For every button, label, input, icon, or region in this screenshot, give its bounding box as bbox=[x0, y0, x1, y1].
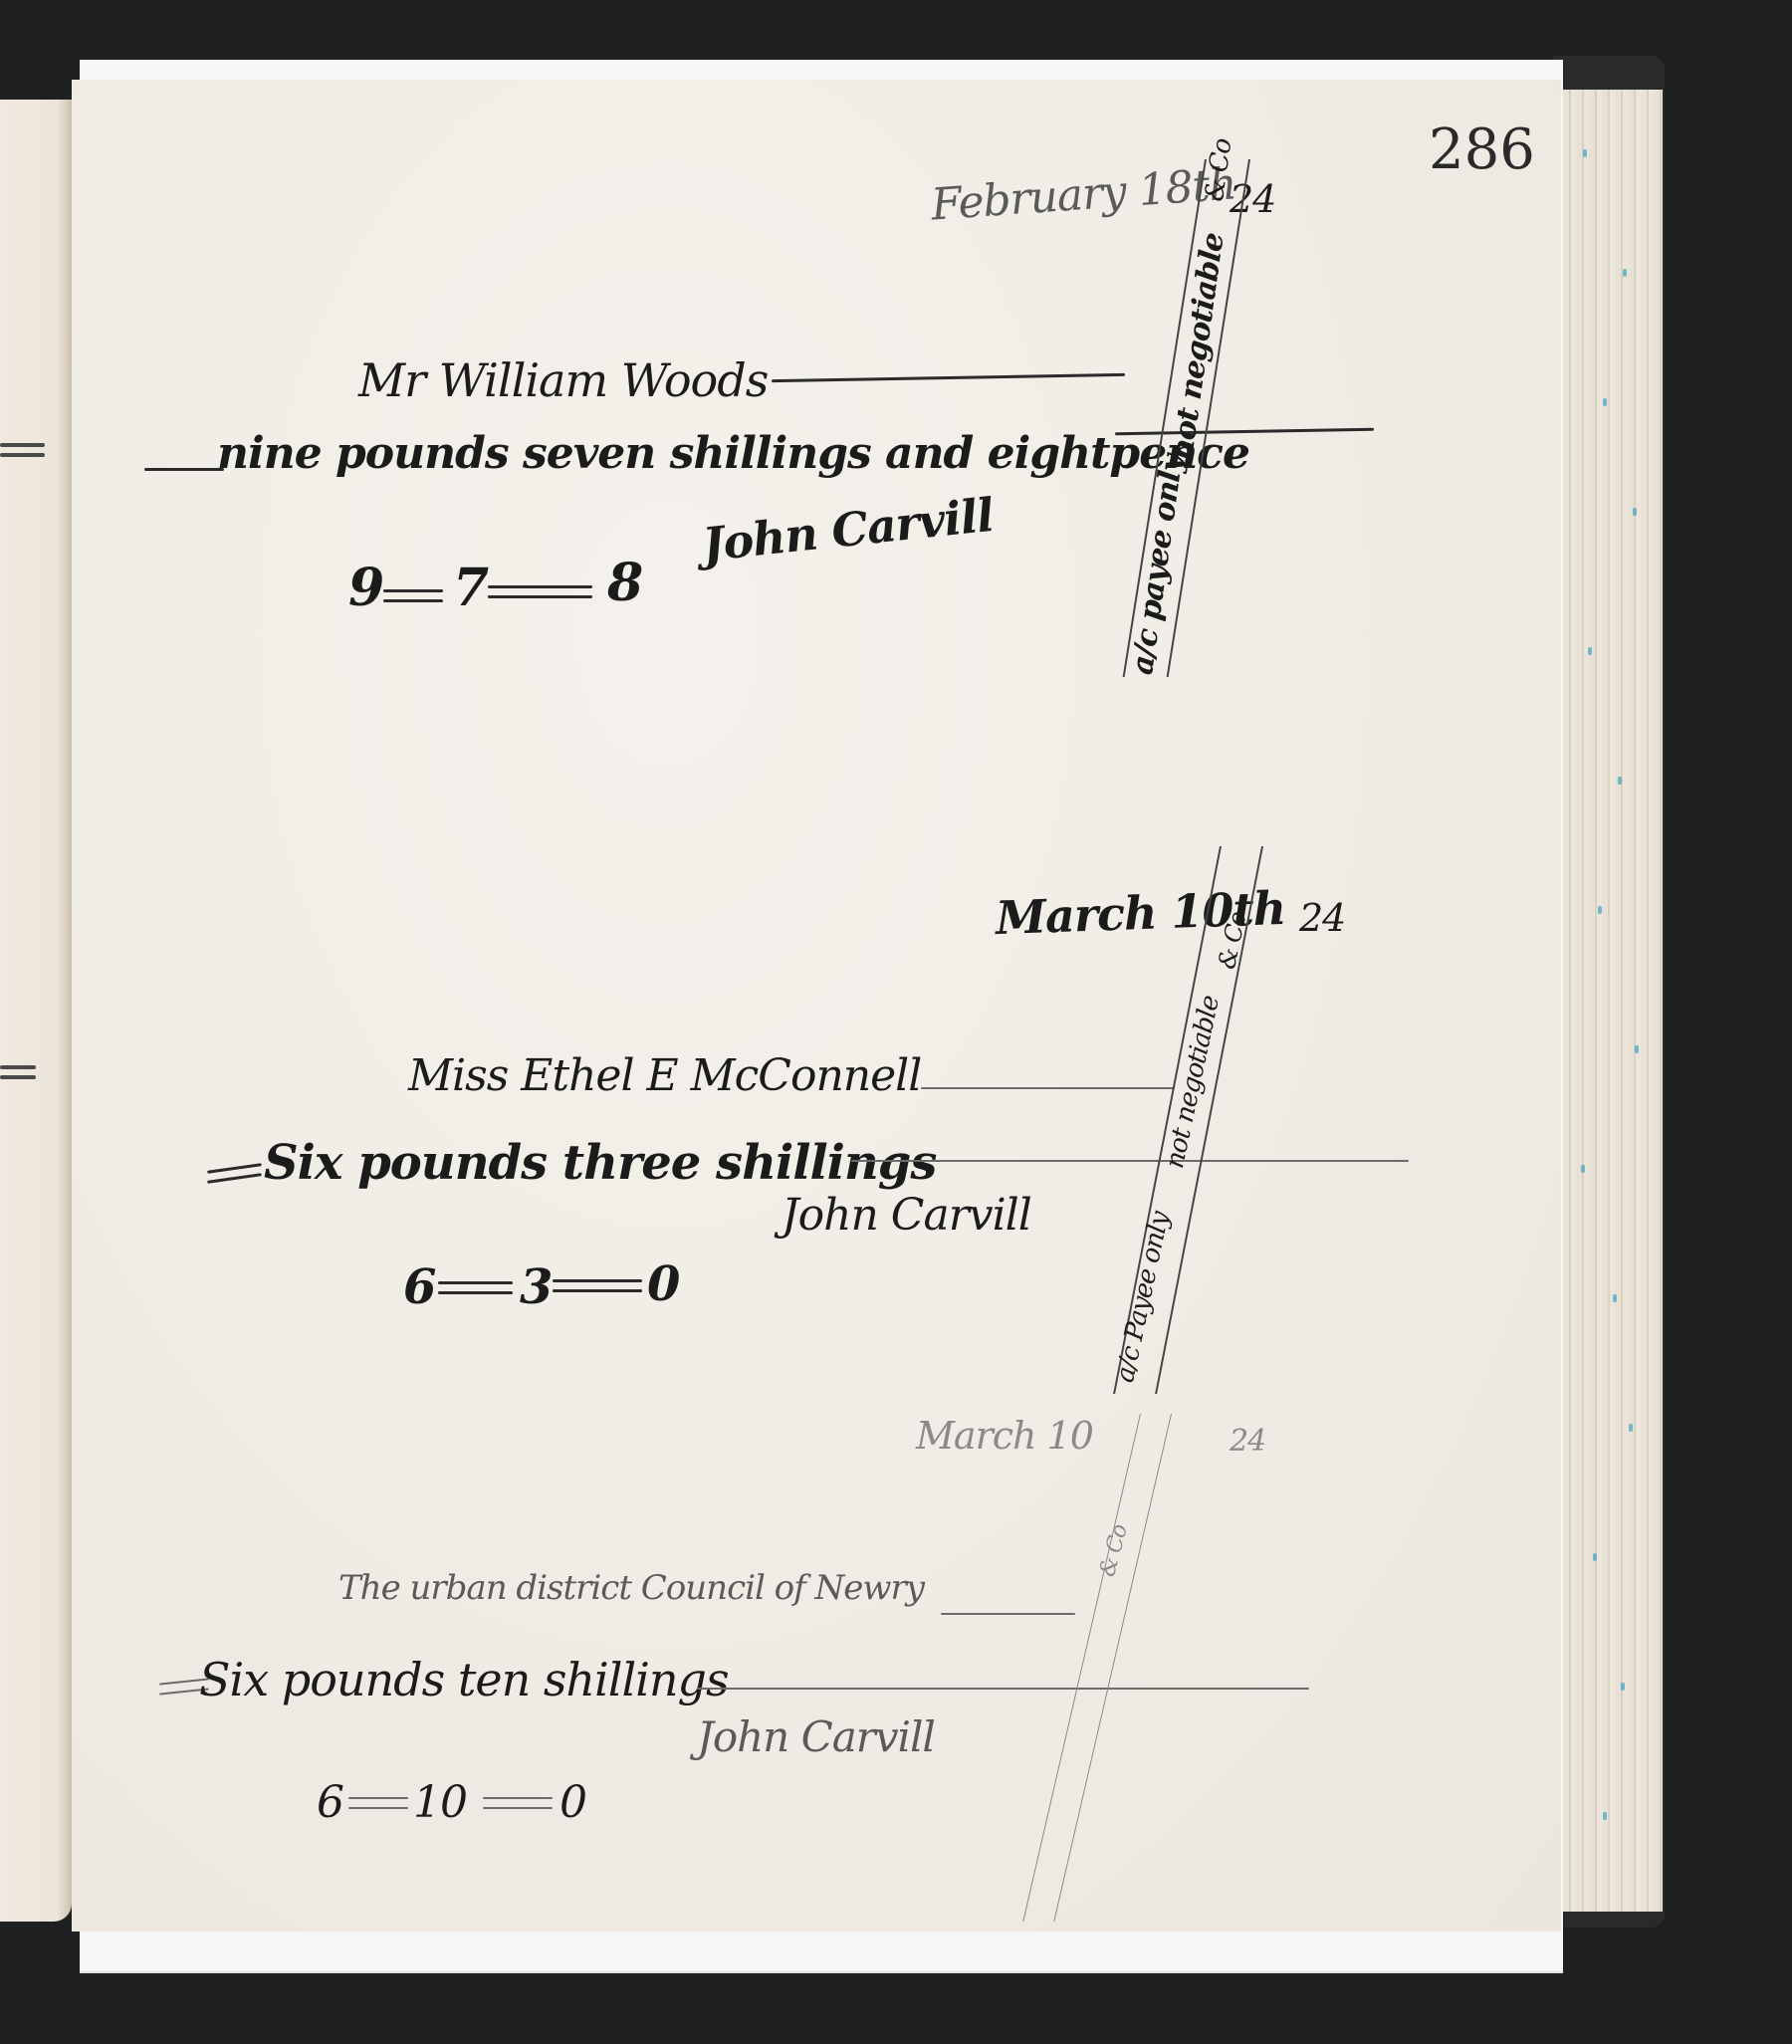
page-number: 286 bbox=[1429, 117, 1535, 182]
signature: John Carvill bbox=[697, 1712, 935, 1761]
payee: Mr William Woods bbox=[358, 353, 768, 407]
payee: Miss Ethel E McConnell bbox=[408, 1050, 921, 1101]
entry-year: 24 bbox=[1230, 1424, 1265, 1459]
page-edges bbox=[1563, 90, 1663, 1912]
entry-year: 24 bbox=[1299, 896, 1345, 940]
signature: John Carvill bbox=[782, 1190, 1031, 1241]
facing-page-left bbox=[0, 100, 72, 1922]
payee: The urban district Council of Newry bbox=[338, 1568, 924, 1608]
amount-words: Six pounds three shillings bbox=[264, 1135, 936, 1191]
amount-words: nine pounds seven shillings and eightpen… bbox=[217, 428, 1249, 479]
amount-words: Six pounds ten shillings bbox=[199, 1653, 729, 1706]
entry-date: March 10 bbox=[916, 1414, 1093, 1458]
